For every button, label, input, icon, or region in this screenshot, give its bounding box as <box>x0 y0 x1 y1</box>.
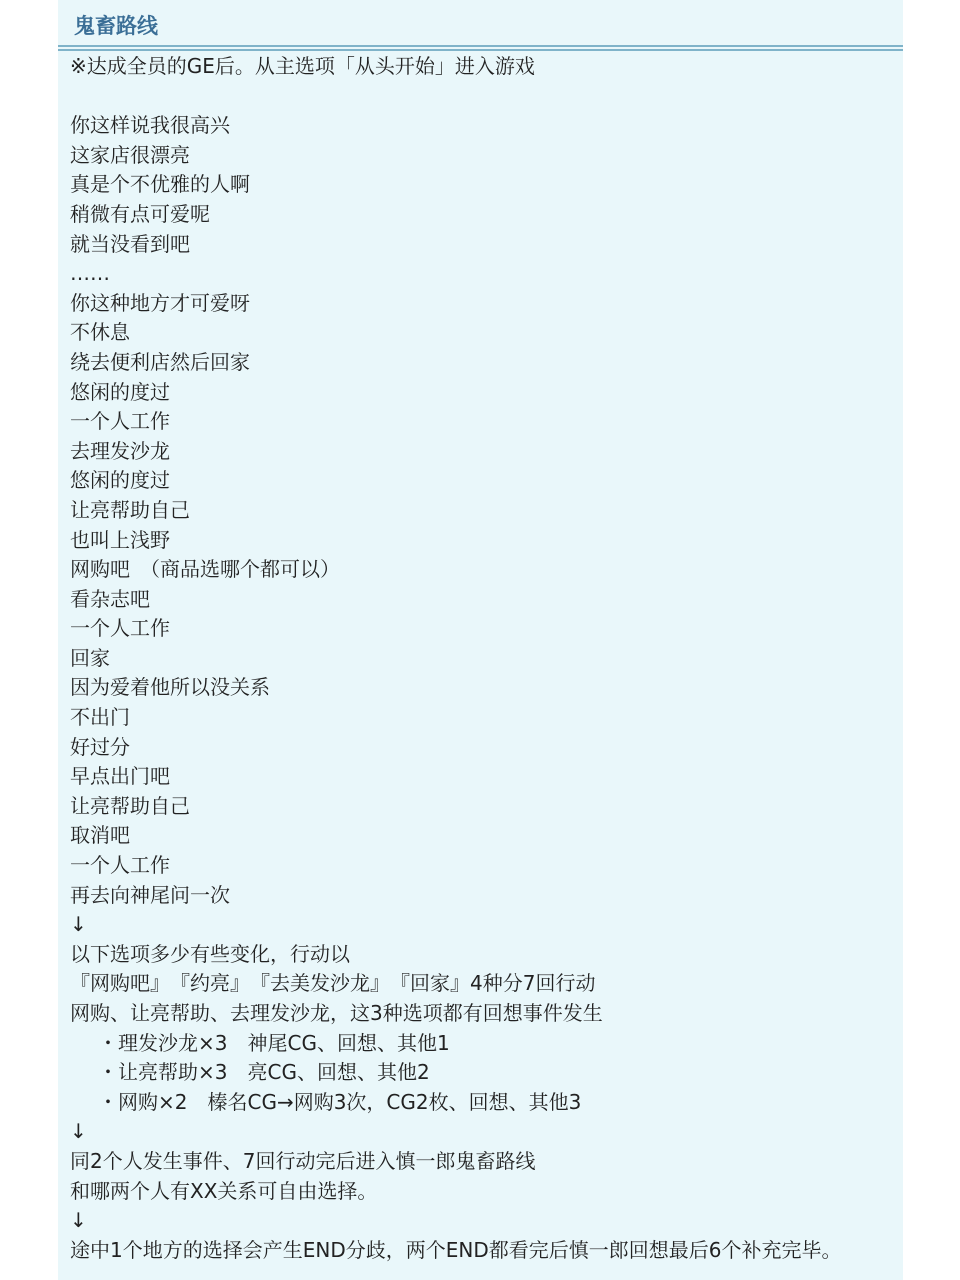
choice-line: 一个人工作 <box>70 851 900 881</box>
info-line: 『网购吧』 『约亮』 『去美发沙龙』 『回家』4种分7回行动 <box>70 969 900 999</box>
info-line: 途中1个地方的选择会产生END分歧，两个END都看完后慎一郎回想最后6个补充完毕… <box>70 1236 900 1266</box>
down-arrow-icon: ↓ <box>70 1206 900 1236</box>
info-line: 和哪两个人有XX关系可自由选择。 <box>70 1177 900 1207</box>
choice-line: 你这种地方才可爱呀 <box>70 289 900 319</box>
info-line: 网购、让亮帮助、去理发沙龙，这3种选项都有回想事件发生 <box>70 999 900 1029</box>
choice-line: 回家 <box>70 644 900 674</box>
choice-line: 早点出门吧 <box>70 762 900 792</box>
divider-line-bottom <box>58 49 903 51</box>
choice-line: 绕去便利店然后回家 <box>70 348 900 378</box>
blank-line <box>70 82 900 112</box>
bullet-item: ・网购×2 榛名CG→网购3次，CG2枚、回想、其他3 <box>70 1088 900 1118</box>
bullet-item: ・让亮帮助×3 亮CG、回想、其他2 <box>70 1058 900 1088</box>
choice-line: 不出门 <box>70 703 900 733</box>
choice-line: 你这样说我很高兴 <box>70 111 900 141</box>
divider-line-top <box>58 45 903 47</box>
guide-page: 鬼畜路线 ※达成全员的GE后。从主选项「从头开始」进入游戏 你这样说我很高兴 这… <box>58 0 903 1280</box>
choice-line: 取消吧 <box>70 821 900 851</box>
choice-line: 就当没看到吧 <box>70 230 900 260</box>
choice-line: 不休息 <box>70 318 900 348</box>
title-divider <box>58 45 903 51</box>
down-arrow-icon: ↓ <box>70 1117 900 1147</box>
choice-line: 悠闲的度过 <box>70 378 900 408</box>
choice-line: 让亮帮助自己 <box>70 496 900 526</box>
choice-line: 让亮帮助自己 <box>70 792 900 822</box>
choice-line: 去理发沙龙 <box>70 437 900 467</box>
note-line: ※达成全员的GE后。从主选项「从头开始」进入游戏 <box>70 52 900 82</box>
down-arrow-icon: ↓ <box>70 910 900 940</box>
choice-line: 悠闲的度过 <box>70 466 900 496</box>
choice-line: 好过分 <box>70 733 900 763</box>
choice-line: 也叫上浅野 <box>70 526 900 556</box>
guide-content: ※达成全员的GE后。从主选项「从头开始」进入游戏 你这样说我很高兴 这家店很漂亮… <box>70 52 900 1265</box>
choice-line: 这家店很漂亮 <box>70 141 900 171</box>
ellipsis-line: …… <box>70 259 900 289</box>
info-line: 同2个人发生事件、7回行动完后进入慎一郎鬼畜路线 <box>70 1147 900 1177</box>
choice-line: 再去向神尾问一次 <box>70 881 900 911</box>
bullet-item: ・理发沙龙×3 神尾CG、回想、其他1 <box>70 1029 900 1059</box>
choice-line: 网购吧 （商品选哪个都可以） <box>70 555 900 585</box>
info-line: 以下选项多少有些变化，行动以 <box>70 940 900 970</box>
choice-line: 真是个不优雅的人啊 <box>70 170 900 200</box>
section-title: 鬼畜路线 <box>74 12 158 40</box>
choice-line: 一个人工作 <box>70 407 900 437</box>
choice-line: 因为爱着他所以没关系 <box>70 673 900 703</box>
choice-line: 稍微有点可爱呢 <box>70 200 900 230</box>
choice-line: 看杂志吧 <box>70 585 900 615</box>
choice-line: 一个人工作 <box>70 614 900 644</box>
